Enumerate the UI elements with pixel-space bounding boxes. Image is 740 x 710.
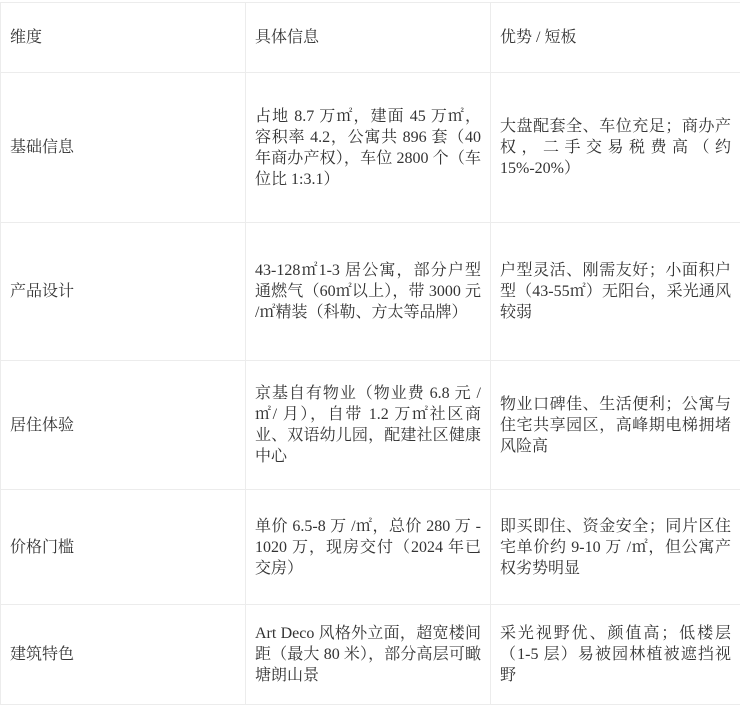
cell-pros-cons: 采光视野优、颜值高；低楼层（1-5 层）易被园林植被遮挡视野 xyxy=(491,605,740,705)
table-row: 基础信息 占地 8.7 万㎡，建面 45 万㎡，容积率 4.2，公寓共 896 … xyxy=(1,73,740,223)
cell-pros-cons: 物业口碑佳、生活便利；公寓与住宅共享园区，高峰期电梯拥堵风险高 xyxy=(491,361,740,490)
table-row: 建筑特色 Art Deco 风格外立面，超宽楼间距（最大 80 米），部分高层可… xyxy=(1,605,740,705)
cell-details: 单价 6.5-8 万 /㎡，总价 280 万 - 1020 万，现房交付（202… xyxy=(246,490,491,605)
column-header-details: 具体信息 xyxy=(246,3,491,73)
cell-dimension: 居住体验 xyxy=(1,361,246,490)
cell-details: 占地 8.7 万㎡，建面 45 万㎡，容积率 4.2，公寓共 896 套（40 … xyxy=(246,73,491,223)
cell-details: 43-128㎡1-3 居公寓，部分户型通燃气（60㎡以上），带 3000 元 /… xyxy=(246,223,491,361)
cell-details: 京基自有物业（物业费 6.8 元 /㎡/ 月），自带 1.2 万㎡社区商业、双语… xyxy=(246,361,491,490)
table-row: 居住体验 京基自有物业（物业费 6.8 元 /㎡/ 月），自带 1.2 万㎡社区… xyxy=(1,361,740,490)
cell-dimension: 价格门槛 xyxy=(1,490,246,605)
cell-details: Art Deco 风格外立面，超宽楼间距（最大 80 米），部分高层可瞰塘朗山景 xyxy=(246,605,491,705)
column-header-dimension: 维度 xyxy=(1,3,246,73)
cell-pros-cons: 大盘配套全、车位充足；商办产权，二手交易税费高（约 15%-20%） xyxy=(491,73,740,223)
column-header-pros-cons: 优势 / 短板 xyxy=(491,3,740,73)
table-row: 产品设计 43-128㎡1-3 居公寓，部分户型通燃气（60㎡以上），带 300… xyxy=(1,223,740,361)
cell-dimension: 产品设计 xyxy=(1,223,246,361)
cell-dimension: 建筑特色 xyxy=(1,605,246,705)
cell-dimension: 基础信息 xyxy=(1,73,246,223)
cell-pros-cons: 户型灵活、刚需友好；小面积户型（43-55㎡）无阳台，采光通风较弱 xyxy=(491,223,740,361)
property-comparison-table: 维度 具体信息 优势 / 短板 基础信息 占地 8.7 万㎡，建面 45 万㎡，… xyxy=(0,2,740,705)
table-row: 价格门槛 单价 6.5-8 万 /㎡，总价 280 万 - 1020 万，现房交… xyxy=(1,490,740,605)
table-header-row: 维度 具体信息 优势 / 短板 xyxy=(1,3,740,73)
cell-pros-cons: 即买即住、资金安全；同片区住宅单价约 9-10 万 /㎡，但公寓产权劣势明显 xyxy=(491,490,740,605)
